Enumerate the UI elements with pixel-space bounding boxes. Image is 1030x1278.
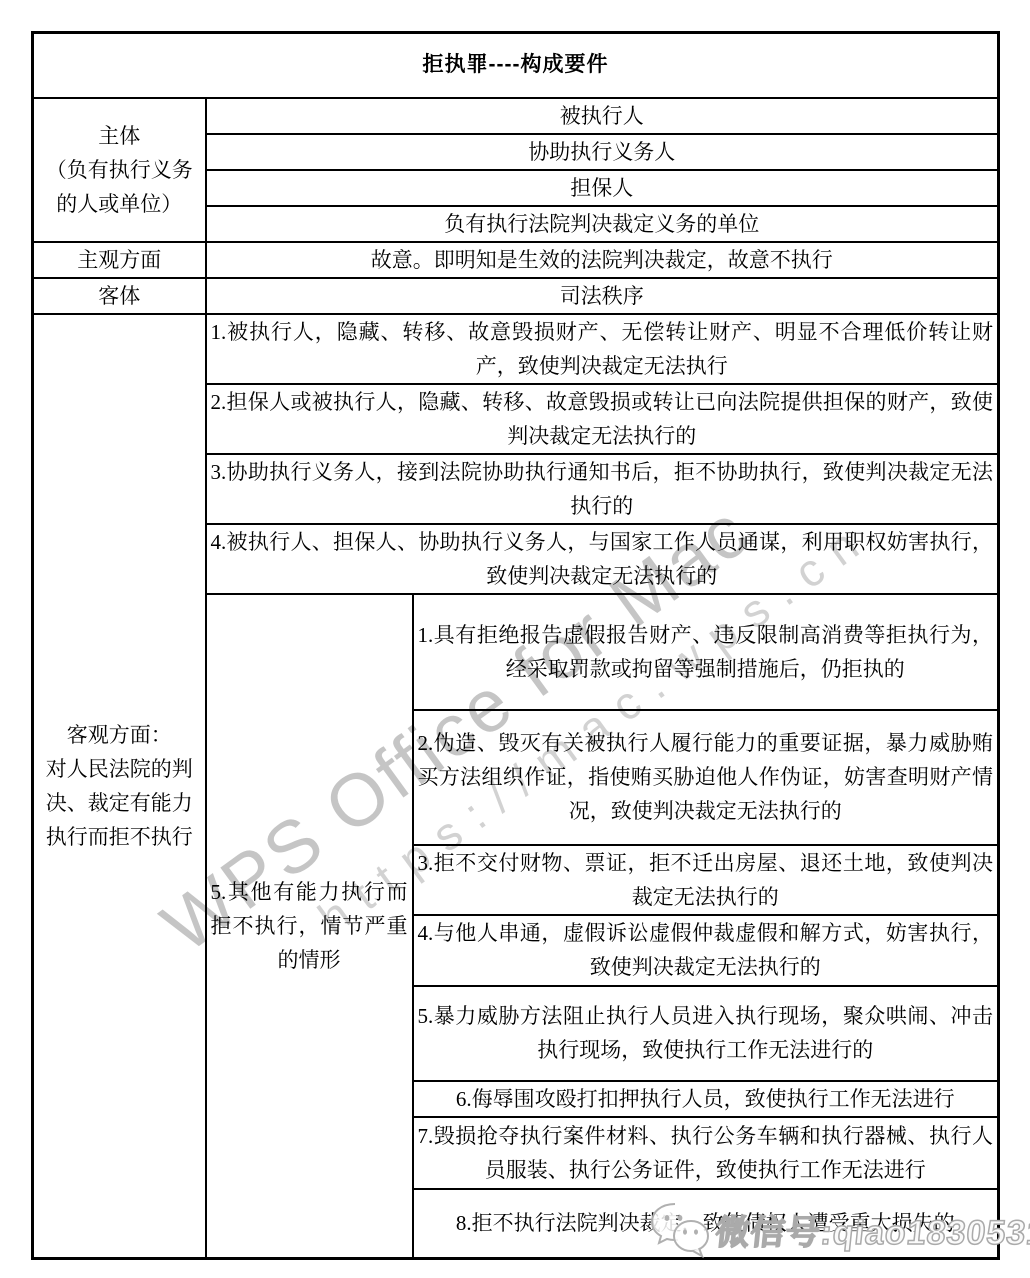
item5-sub-6: 6.侮辱围攻殴打扣押执行人员，致使执行工作无法进行	[413, 1081, 999, 1117]
subject-row-0: 被执行人	[206, 98, 999, 134]
subjective-value-cell: 故意。即明知是生效的法院判决裁定，故意不执行	[206, 242, 999, 278]
subject-row-3: 负有执行法院判决裁定义务的单位	[206, 206, 999, 242]
page-title: 拒执罪----构成要件	[33, 33, 999, 98]
item5-sub-3: 3.拒不交付财物、票证，拒不迁出房屋、退还土地，致使判决裁定无法执行的	[413, 845, 999, 915]
object-value-cell: 司法秩序	[206, 278, 999, 314]
objective-header-cell: 客观方面： 对人民法院的判决、裁定有能力执行而拒不执行	[33, 314, 206, 1259]
constituent-elements-table: 拒执罪----构成要件 主体 （负有执行义务的人或单位） 被执行人 协助执行义务…	[31, 31, 1000, 1260]
objective-item-4: 4.被执行人、担保人、协助执行义务人，与国家工作人员通谋，利用职权妨害执行，致使…	[206, 524, 999, 594]
item5-sub-4: 4.与他人串通，虚假诉讼虚假仲裁虚假和解方式，妨害执行，致使判决裁定无法执行的	[413, 915, 999, 986]
objective-item-1: 1.被执行人，隐藏、转移、故意毁损财产、无偿转让财产、明显不合理低价转让财产，致…	[206, 314, 999, 384]
subject-header-cell: 主体 （负有执行义务的人或单位）	[33, 98, 206, 242]
item5-sub-7: 7.毁损抢夺执行案件材料、执行公务车辆和执行器械、执行人员服装、执行公务证件，致…	[413, 1117, 999, 1189]
item5-sub-8: 8.拒不执行法院判决裁定，致使债权人遭受重大损失的	[413, 1189, 999, 1259]
objective-item-2: 2.担保人或被执行人，隐藏、转移、故意毁损或转让已向法院提供担保的财产，致使判决…	[206, 384, 999, 454]
objective-item-3: 3.协助执行义务人，接到法院协助执行通知书后，拒不协助执行，致使判决裁定无法执行…	[206, 454, 999, 524]
subjective-header-cell: 主观方面	[33, 242, 206, 278]
item5-sub-1: 1.具有拒绝报告虚假报告财产、违反限制高消费等拒执行为，经采取罚款或拘留等强制措…	[413, 594, 999, 710]
subject-row-1: 协助执行义务人	[206, 134, 999, 170]
item5-sub-5: 5.暴力威胁方法阻止执行人员进入执行现场，聚众哄闹、冲击执行现场，致使执行工作无…	[413, 986, 999, 1081]
objective-item-5-label: 5.其他有能力执行而拒不执行，情节严重的情形	[206, 594, 413, 1259]
object-header-cell: 客体	[33, 278, 206, 314]
item5-sub-2: 2.伪造、毁灭有关被执行人履行能力的重要证据，暴力威胁贿买方法组织作证，指使贿买…	[413, 710, 999, 845]
subject-row-2: 担保人	[206, 170, 999, 206]
